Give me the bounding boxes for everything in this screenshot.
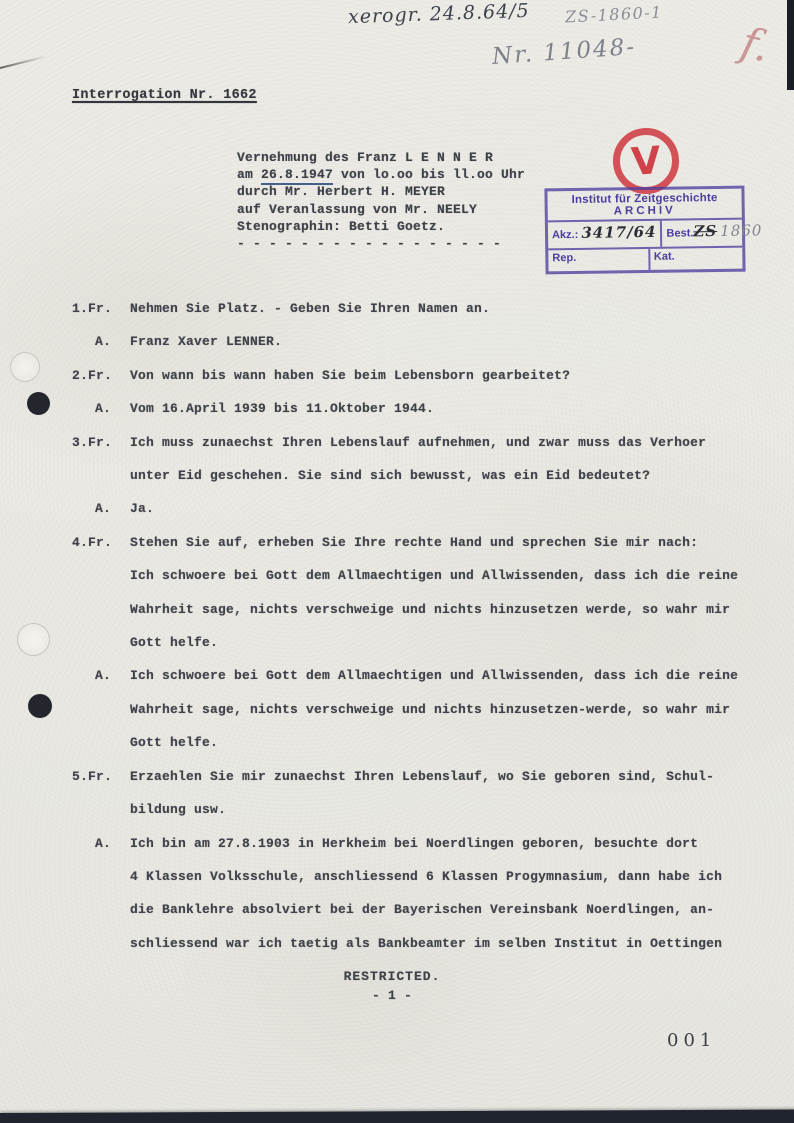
qa-label: 3.Fr.: [72, 426, 112, 459]
rep-cell: Rep.: [548, 249, 648, 271]
archive-stamp-row-1: Akz.: 3417/64 Best.ZS 1860: [548, 220, 742, 251]
header-line-date: am 26.8.1947 von lo.oo bis ll.oo Uhr: [237, 166, 525, 183]
header-dashed-rule: - - - - - - - - - - - - - - - - -: [237, 235, 525, 252]
header-block: Vernehmung des Franz L E N N E R am 26.8…: [237, 149, 525, 252]
akz-handwritten-value: 3417/64: [581, 223, 656, 242]
scratch-mark: [0, 55, 47, 69]
v-stamp-letter: V: [630, 141, 662, 181]
best-struck-value: ZS: [693, 222, 717, 240]
qa-label: 5.Fr.: [72, 760, 112, 793]
qa-line: Vom 16.April 1939 bis 11.Oktober 1944.: [130, 392, 752, 425]
qa-line: Von wann bis wann haben Sie beim Lebensb…: [130, 359, 752, 392]
archive-stamp-row-2: Rep. Kat.: [548, 248, 742, 272]
question-row: 4.Fr.Stehen Sie auf, erheben Sie Ihre re…: [72, 526, 752, 660]
question-row: 1.Fr.Nehmen Sie Platz. - Geben Sie Ihren…: [72, 292, 752, 325]
qa-label: A.: [95, 325, 111, 358]
qa-label: 1.Fr.: [72, 292, 112, 325]
qa-line: die Banklehre absolviert bei der Bayeris…: [130, 893, 752, 926]
archive-stamp: Institut für Zeitgeschichte ARCHIV Akz.:…: [544, 186, 745, 275]
qa-line: unter Eid geschehen. Sie sind sich bewus…: [130, 459, 752, 492]
archive-page-number: 001: [667, 1030, 716, 1051]
qa-line: Wahrheit sage, nichts verschweige und ni…: [130, 593, 752, 626]
qa-line: Stehen Sie auf, erheben Sie Ihre rechte …: [130, 526, 752, 559]
qa-line: bildung usw.: [130, 793, 752, 826]
best-handwritten-value: 1860: [720, 221, 762, 240]
scan-edge-artifact: [787, 0, 794, 90]
header-line-interrogator: durch Mr. Herbert H. MEYER: [237, 183, 525, 200]
qa-label: A.: [95, 659, 111, 692]
qa-line: Wahrheit sage, nichts verschweige und ni…: [130, 693, 752, 726]
kat-label: Kat.: [654, 251, 675, 263]
qa-line: Gott helfe.: [130, 626, 752, 659]
handwritten-zs-number: ZS-1860-1: [565, 2, 664, 26]
archive-stamp-header: Institut für Zeitgeschichte ARCHIV: [547, 189, 741, 223]
qa-label: 4.Fr.: [72, 526, 112, 559]
qa-label: 2.Fr.: [72, 359, 112, 392]
punch-hole-mark-top: [27, 392, 50, 415]
qa-line: Ich bin am 27.8.1903 in Herkheim bei Noe…: [130, 827, 752, 860]
akz-cell: Akz.: 3417/64: [548, 221, 661, 249]
kat-cell: Kat.: [648, 248, 743, 270]
qa-line: Nehmen Sie Platz. - Geben Sie Ihren Name…: [130, 292, 752, 325]
footer-page-number: - 1 -: [72, 987, 712, 1005]
header-line-authority: auf Veranlassung von Mr. NEELY: [237, 201, 525, 218]
document-page: xerogr. 24.8.64/5 ZS-1860-1 Nr. 11048- f…: [0, 0, 794, 1123]
header-line-subject: Vernehmung des Franz L E N N E R: [237, 149, 525, 166]
best-label: Best.: [666, 227, 693, 239]
question-row: 5.Fr.Erzaehlen Sie mir zunaechst Ihren L…: [72, 760, 752, 827]
date-prefix: am: [237, 167, 261, 182]
best-cell: Best.ZS 1860: [660, 219, 766, 246]
qa-label: A.: [95, 492, 111, 525]
document-title: Interrogation Nr. 1662: [72, 88, 257, 103]
qa-line: Ja.: [130, 492, 752, 525]
qa-line: Erzaehlen Sie mir zunaechst Ihren Lebens…: [130, 760, 752, 793]
answer-row: A.Franz Xaver LENNER.: [72, 325, 752, 358]
header-line-stenographer: Stenographin: Betti Goetz.: [237, 218, 525, 235]
answer-row: A.Vom 16.April 1939 bis 11.Oktober 1944.: [72, 392, 752, 425]
answer-row: A.Ich schwoere bei Gott dem Allmaechtige…: [72, 659, 752, 759]
qa-line: Ich schwoere bei Gott dem Allmaechtigen …: [130, 659, 752, 692]
qa-body: 1.Fr.Nehmen Sie Platz. - Geben Sie Ihren…: [72, 292, 752, 1005]
answer-row: A.Ja.: [72, 492, 752, 525]
date-suffix: von lo.oo bis ll.oo Uhr: [333, 167, 525, 182]
handwritten-nr-number: Nr. 11048-: [491, 34, 637, 70]
answer-row: A.Ich bin am 27.8.1903 in Herkheim bei N…: [72, 827, 752, 961]
punch-hole-mark-bottom: [28, 694, 52, 718]
qa-line: schliessend war ich taetig als Bankbeamt…: [130, 927, 752, 960]
qa-line: Ich muss zunaechst Ihren Lebenslauf aufn…: [130, 426, 752, 459]
qa-line: Franz Xaver LENNER.: [130, 325, 752, 358]
scan-bottom-edge: [0, 1109, 794, 1123]
qa-line: Ich schwoere bei Gott dem Allmaechtigen …: [130, 559, 752, 592]
akz-label: Akz.:: [552, 229, 578, 241]
question-row: 2.Fr.Von wann bis wann haben Sie beim Le…: [72, 359, 752, 392]
rep-label: Rep.: [552, 252, 576, 264]
footer: RESTRICTED.- 1 -: [72, 960, 712, 1005]
punch-hole-emboss-bottom: [17, 623, 50, 656]
punch-hole-emboss-top: [10, 352, 40, 382]
handwritten-red-initial: f.: [736, 17, 774, 71]
handwritten-xerox-note: xerogr. 24.8.64/5: [348, 0, 530, 28]
qa-label: A.: [95, 827, 111, 860]
qa-line: 4 Klassen Volksschule, anschliessend 6 K…: [130, 860, 752, 893]
qa-line: Gott helfe.: [130, 726, 752, 759]
qa-label: A.: [95, 392, 111, 425]
question-row: 3.Fr.Ich muss zunaechst Ihren Lebenslauf…: [72, 426, 752, 493]
restricted-label: RESTRICTED.: [72, 967, 712, 987]
